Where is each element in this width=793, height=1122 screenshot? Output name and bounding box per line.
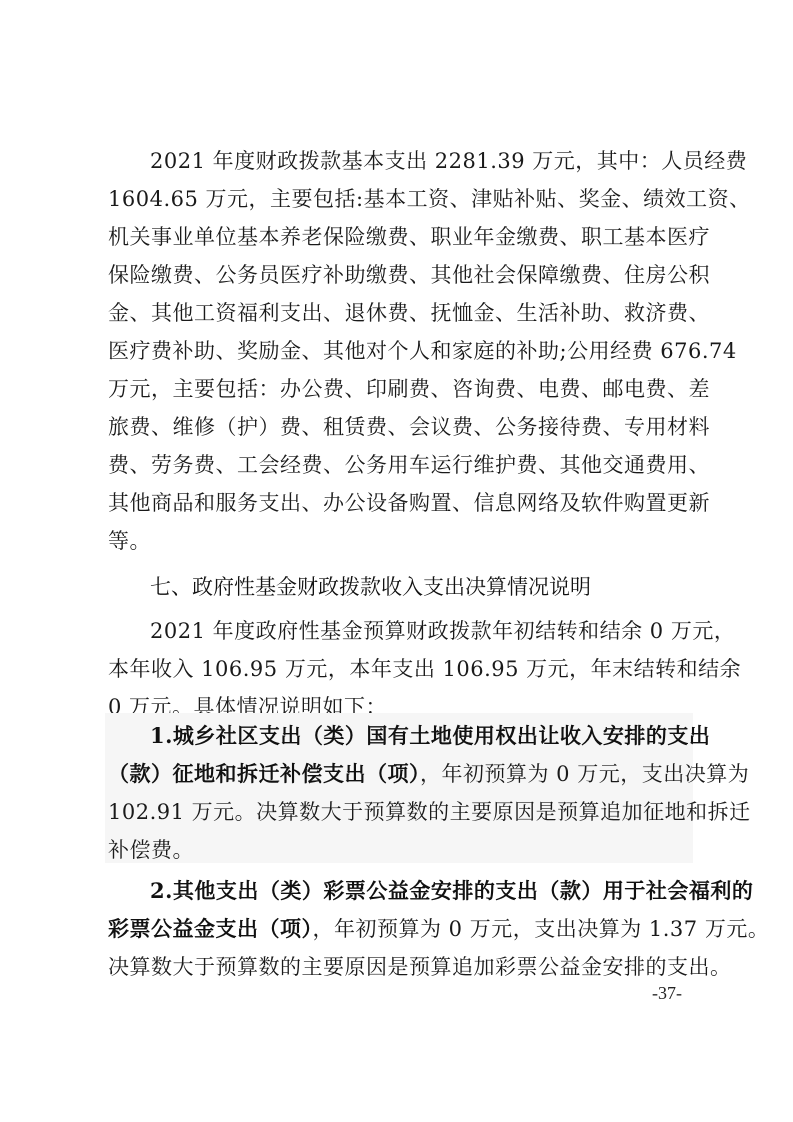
text-line: 费、劳务费、工会经费、公务用车运行维护费、其他交通费用、 xyxy=(108,451,692,479)
item-1-title: 1.城乡社区支出（类）国有土地使用权出让收入安排的支出 xyxy=(150,722,692,750)
item-2-title: 2.其他支出（类）彩票公益金安排的支出（款）用于社会福利的 xyxy=(150,877,692,905)
text-line: 决算数大于预算数的主要原因是预算追加彩票公益金安排的支出。 xyxy=(108,953,692,981)
item-2-budget-text: ，年初预算为 0 万元，支出决算为 1.37 万元。 xyxy=(313,917,770,941)
text-line: 医疗费补助、奖励金、其他对个人和家庭的补助;公用经费 676.74 xyxy=(108,337,692,365)
item-2-title-cont: 彩票公益金支出（项） xyxy=(108,916,313,941)
document-page: 2021 年度财政拨款基本支出 2281.39 万元，其中：人员经费 1604.… xyxy=(0,0,793,1122)
text-line: 102.91 万元。决算数大于预算数的主要原因是预算追加征地和拆迁 xyxy=(108,798,692,826)
text-line: 等。 xyxy=(108,527,692,555)
item-1-budget-text: ，年初预算为 0 万元，支出决算为 xyxy=(420,762,749,786)
text-line: 彩票公益金支出（项），年初预算为 0 万元，支出决算为 1.37 万元。 xyxy=(108,915,692,943)
section-heading: 七、政府性基金财政拨款收入支出决算情况说明 xyxy=(150,573,591,601)
text-line: 本年收入 106.95 万元，本年支出 106.95 万元，年末结转和结余 xyxy=(108,655,692,683)
text-line: 补偿费。 xyxy=(108,836,692,864)
text-line: 旅费、维修（护）费、租赁费、会议费、公务接待费、专用材料 xyxy=(108,413,692,441)
text-line: 保险缴费、公务员医疗补助缴费、其他社会保障缴费、住房公积 xyxy=(108,261,692,289)
item-1-title-cont: （款）征地和拆迁补偿支出（项） xyxy=(108,761,420,786)
text-line: 金、其他工资福利支出、退休费、抚恤金、生活补助、救济费、 xyxy=(108,299,692,327)
text-line: （款）征地和拆迁补偿支出（项），年初预算为 0 万元，支出决算为 xyxy=(108,760,692,788)
text-line: 机关事业单位基本养老保险缴费、职业年金缴费、职工基本医疗 xyxy=(108,223,692,251)
text-line: 万元，主要包括：办公费、印刷费、咨询费、电费、邮电费、差 xyxy=(108,375,692,403)
text-line: 2021 年度财政拨款基本支出 2281.39 万元，其中：人员经费 xyxy=(150,147,692,175)
text-line: 其他商品和服务支出、办公设备购置、信息网络及软件购置更新 xyxy=(108,489,692,517)
page-number: -37- xyxy=(652,983,682,1004)
text-line: 2021 年度政府性基金预算财政拨款年初结转和结余 0 万元， xyxy=(150,617,692,645)
text-line: 1604.65 万元，主要包括:基本工资、津贴补贴、奖金、绩效工资、 xyxy=(108,185,692,213)
